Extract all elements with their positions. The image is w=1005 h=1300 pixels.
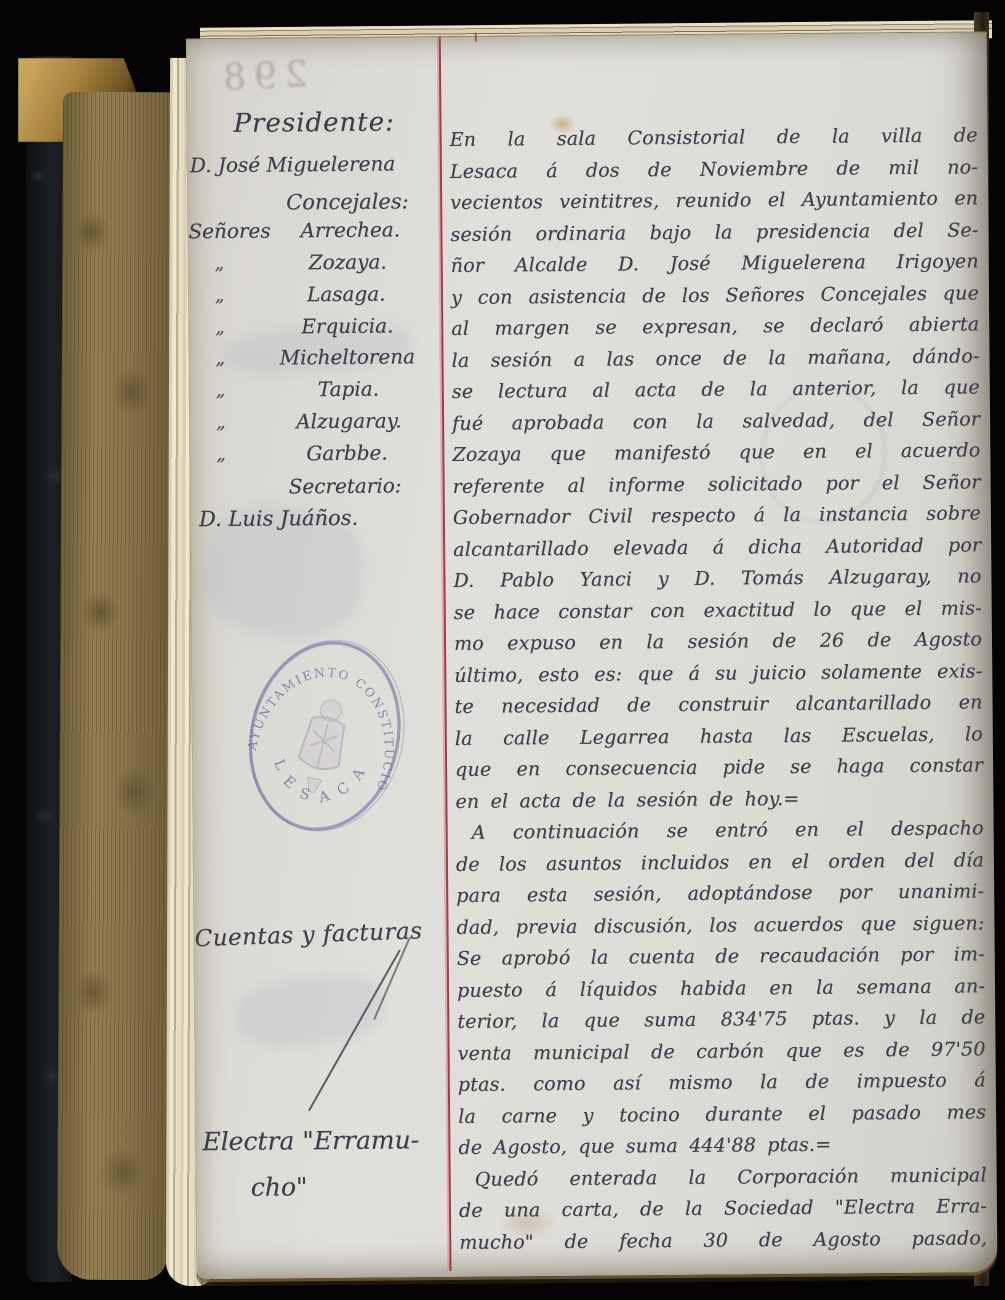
manuscript-line: referente al informe solicitado por el S… <box>453 467 981 503</box>
councilor-name: Garbbe. <box>306 441 387 466</box>
margin-note-electra-line1: Electra "Erramu- <box>202 1125 419 1156</box>
margin-note-cuentas-y-facturas: Cuentas y facturas <box>194 918 423 952</box>
margin-label-concejales: Concejales: <box>286 189 409 214</box>
manuscript-line: que en consecuencia pide se haga constar <box>455 750 983 786</box>
margin-label-secretario: Secretario: <box>289 473 402 498</box>
manuscript-line: En la sala Consistorial de la villa de <box>450 120 978 156</box>
manuscript-line: la calle Legarrea hasta las Escuelas, lo <box>455 719 983 755</box>
councilor-name: Erquicia. <box>301 313 393 338</box>
manuscript-line: de una carta, de la Sociedad "Electra Er… <box>459 1191 987 1227</box>
manuscript-line: fué aprobada con la salvedad, del Señor <box>452 404 980 440</box>
manuscript-line: mucho" de fecha 30 de Agosto pasado, <box>459 1223 987 1259</box>
councilor-name: Tapia. <box>318 377 379 402</box>
manuscript-line: D. Pablo Yanci y D. Tomás Alzugaray, no <box>453 561 981 597</box>
stamp-graphic: AYUNTAMIENTO CONSTITUCIONAL DE LESACA <box>219 617 430 855</box>
manuscript-line: Quedó enterada la Corporación municipal <box>459 1160 987 1196</box>
manuscript-line: se hace constar con exactitud lo que el … <box>454 593 982 629</box>
manuscript-line: venta municipal de carbón que es de 97'5… <box>457 1034 985 1070</box>
red-rule-tick <box>475 33 477 42</box>
manuscript-line: ptas. como así mismo la de impuesto á <box>458 1065 986 1101</box>
councilor-row: „ Erquicia. <box>189 313 449 345</box>
ditto-mark: „ <box>215 253 223 274</box>
margin-label-presidente: Presidente: <box>233 107 395 138</box>
manuscript-line: Se aprobó la cuenta de recaudación por i… <box>457 939 985 975</box>
manuscript-line: Gobernador Civil respecto á la instancia… <box>453 498 981 534</box>
ditto-mark: „ <box>216 380 224 401</box>
ditto-mark: „ <box>216 444 224 465</box>
margin-label-senores: Señores <box>188 219 270 244</box>
manuscript-line: dad, previa discusión, los acuerdos que … <box>456 908 984 944</box>
manuscript-page: 298 AYUNTAMI <box>186 31 998 1279</box>
municipal-oval-stamp: AYUNTAMIENTO CONSTITUCIONAL DE LESACA <box>219 617 430 855</box>
councilor-name: Arrechea. <box>300 217 400 242</box>
pen-flourish <box>373 937 411 1020</box>
page-block-foredge <box>57 92 173 1281</box>
bound-minutes-book-photo: 298 AYUNTAMI <box>0 0 1005 1300</box>
manuscript-line: último, esto es: que á su juicio solamen… <box>454 656 982 692</box>
councilor-name: Alzugaray. <box>296 408 402 433</box>
councilor-row: „ Tapia. <box>190 376 450 408</box>
manuscript-line: vecientos veintitres, reunido el Ayuntam… <box>450 183 978 219</box>
manuscript-line: Zozaya que manifestó que en el acuerdo <box>452 435 980 471</box>
manuscript-line: de los asuntos incluidos en el orden del… <box>456 845 984 881</box>
councilor-row: „ Alzugaray. <box>190 408 450 440</box>
councilor-row: „ Micheltorena <box>189 344 449 376</box>
manuscript-line: la sesión a las once de la mañana, dándo… <box>451 341 979 377</box>
manuscript-line: alcantarillado elevada á dicha Autoridad… <box>453 530 981 566</box>
councilor-row: „ Zozaya. <box>189 249 449 281</box>
manuscript-line: de Agosto, que suma 444'88 ptas.= <box>458 1128 986 1164</box>
councilor-row: „ Garbbe. <box>190 440 450 472</box>
manuscript-line: mo expuso en la sesión de 26 de Agosto <box>454 624 982 660</box>
manuscript-line: A continuación se entró en el despacho <box>456 813 984 849</box>
margin-note-electra-line2: cho" <box>251 1172 308 1201</box>
councilor-row: Señores Arrechea. <box>188 217 448 249</box>
show-through-page-number: 298 <box>214 55 308 100</box>
margin-name-secretario: D. Luis Juáños. <box>199 506 358 531</box>
manuscript-line: al margen se expresan, se declaró abiert… <box>451 309 979 345</box>
manuscript-line: puesto á líquidos habida en la semana an… <box>457 971 985 1007</box>
manuscript-line: ñor Alcalde D. José Miguelerena Irigoyen <box>451 246 979 282</box>
manuscript-line: en el acta de la sesión de hoy.= <box>455 782 983 818</box>
councilor-name: Lasaga. <box>307 282 386 307</box>
manuscript-line: te necesidad de construir alcantarillado… <box>454 687 982 723</box>
manuscript-line: y con asistencia de los Señores Concejal… <box>451 278 979 314</box>
ditto-mark: „ <box>215 348 223 369</box>
manuscript-line: para esta sesión, adoptándose por unanim… <box>456 876 984 912</box>
ditto-mark: „ <box>215 285 223 306</box>
manuscript-body: En la sala Consistorial de la villa de L… <box>450 120 988 1259</box>
ditto-mark: „ <box>216 412 224 433</box>
ditto-mark: „ <box>215 317 223 338</box>
manuscript-line: la carne y tocino durante el pasado mes <box>458 1097 986 1133</box>
councilor-row: „ Lasaga. <box>189 281 449 313</box>
manuscript-line: sesión ordinaria bajo la presidencia del… <box>450 215 978 251</box>
margin-name-alcalde: D. José Miguelerena <box>190 151 396 177</box>
manuscript-line: terior, la que suma 834'75 ptas. y la de <box>457 1002 985 1038</box>
councilor-name: Zozaya. <box>309 250 387 275</box>
manuscript-line: se lectura al acta de la anterior, la qu… <box>452 372 980 408</box>
councilor-name: Micheltorena <box>279 344 415 369</box>
manuscript-line: Lesaca á dos de Noviembre de mil no- <box>450 152 978 188</box>
